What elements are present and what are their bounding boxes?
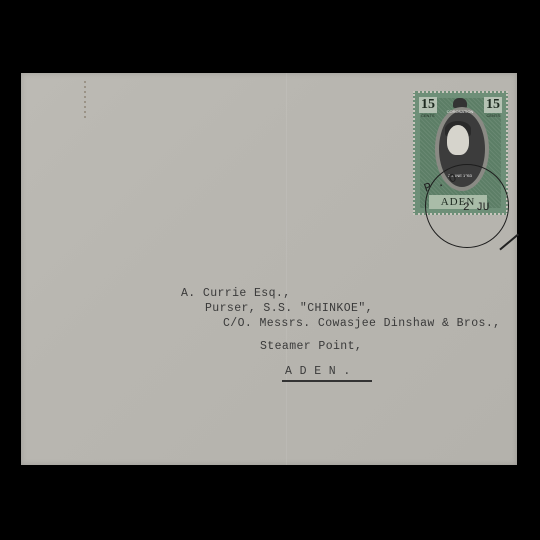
- stamp-cents-right: CENTS: [486, 113, 500, 118]
- address-line-3: C/O. Messrs. Cowasjee Dinshaw & Bros.,: [223, 317, 500, 330]
- address-line-5: A D E N .: [285, 365, 351, 378]
- paper-specks: [84, 81, 86, 121]
- queen-portrait: [447, 125, 469, 155]
- stamp-banner-top: CORONATION: [439, 109, 481, 114]
- address-line-1: A. Currie Esq.,: [181, 287, 291, 300]
- address-line-2: Purser, S.S. "CHINKOE",: [205, 302, 373, 315]
- address-underline: [282, 380, 372, 382]
- stamp-value-left: 15: [419, 97, 437, 113]
- postmark-cancel-line: [499, 233, 518, 250]
- stamp-value-right: 15: [484, 97, 502, 113]
- address-line-4: Steamer Point,: [260, 340, 362, 353]
- stamp-cents-left: CENTS: [421, 113, 435, 118]
- postmark-date: 2 JU: [463, 202, 489, 214]
- envelope-fold: [286, 73, 287, 465]
- envelope-cover: 15 15 CENTS CENTS CORONATION 2 JUNE 1953…: [21, 73, 517, 465]
